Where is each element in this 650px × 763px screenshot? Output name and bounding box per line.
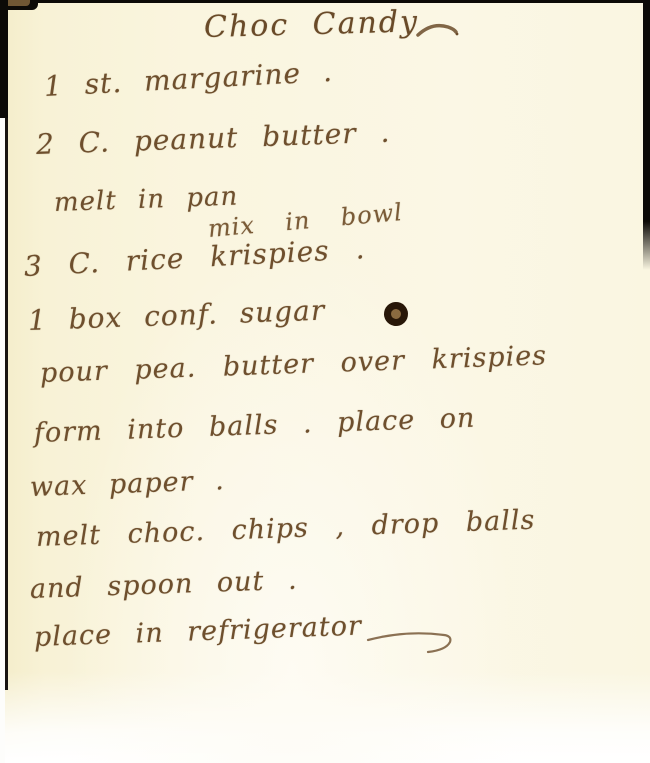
scan-edge-left-bar [0, 0, 8, 120]
scan-edge-left-line [5, 118, 8, 690]
scan-edge-right-bar [643, 0, 650, 270]
recipe-line: 2 C. peanut butter . [35, 116, 391, 161]
recipe-line: form into balls . place on [33, 403, 475, 449]
recipe-line: 1 box conf. sugar [27, 294, 325, 337]
recipe-line: and spoon out . [29, 565, 298, 605]
recipe-title: Choc Candy [204, 4, 420, 45]
ink-blot [382, 300, 410, 328]
recipe-line: wax paper . [29, 465, 225, 503]
recipe-line: 3 C. rice krispies . [23, 232, 366, 283]
scan-edge-top [0, 0, 650, 3]
recipe-line: melt in pan [53, 182, 238, 218]
pen-dash-icon [414, 18, 460, 46]
recipe-line: melt choc. chips , drop balls [35, 505, 535, 553]
recipe-line: 1 st. margarine . [43, 55, 333, 103]
recipe-line: place in refrigerator [33, 611, 362, 653]
recipe-line: pour pea. butter over krispies [39, 340, 547, 389]
underline-swash-icon [366, 622, 456, 666]
recipe-card-scan: Choc Candy 1 st. margarine . 2 C. peanut… [0, 0, 650, 763]
